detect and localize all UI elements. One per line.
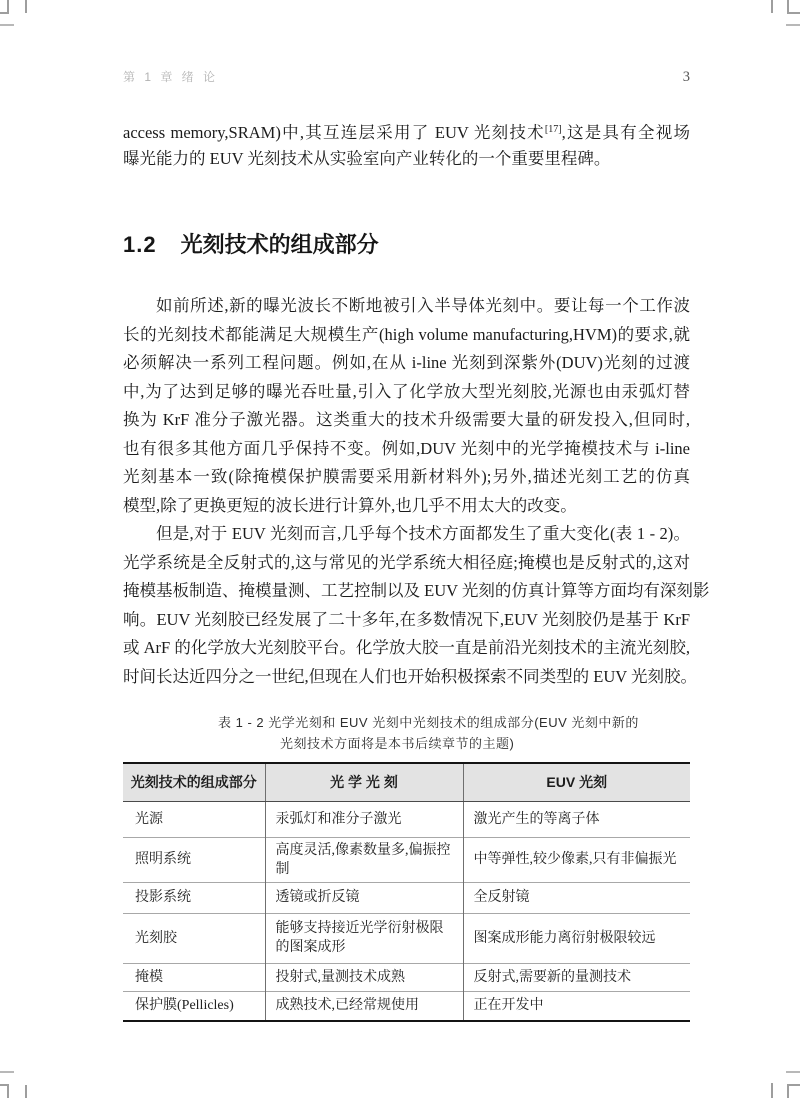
text-line: 光刻基本一致(除掩模保护膜需要采用新材料外);另外,描述光刻工艺的仿真 bbox=[123, 463, 690, 492]
table-cell: 激光产生的等离子体 bbox=[463, 801, 690, 837]
crop-mark bbox=[0, 1071, 14, 1073]
table-cell: 保护膜(Pellicles) bbox=[123, 991, 265, 1021]
table-cell: 能够支持接近光学衍射极限的图案成形 bbox=[265, 913, 463, 963]
table-cell: 光源 bbox=[123, 801, 265, 837]
table-row: 投影系统 透镜或折反镜 全反射镜 bbox=[123, 882, 690, 913]
table-header-cell: EUV 光刻 bbox=[463, 763, 690, 801]
crop-mark bbox=[787, 12, 800, 14]
components-table: 光刻技术的组成部分 光 学 光 刻 EUV 光刻 光源 汞弧灯和准分子激光 激光… bbox=[123, 762, 690, 1022]
running-head: 第 1 章 绪 论 3 bbox=[123, 68, 690, 86]
text-run: ,这是具有全视场 bbox=[562, 123, 690, 142]
text-line: 掩模基板制造、掩模量测、工艺控制以及 EUV 光刻的仿真计算等方面均有深刻影 bbox=[123, 577, 690, 606]
table-caption-line2: 光刻技术方面将是本书后续章节的主题) bbox=[280, 733, 514, 752]
table-cell: 中等弹性,较少像素,只有非偏振光 bbox=[463, 837, 690, 882]
table-row: 光源 汞弧灯和准分子激光 激光产生的等离子体 bbox=[123, 801, 690, 837]
crop-mark bbox=[0, 12, 9, 14]
table-cell: 成熟技术,已经常规使用 bbox=[265, 991, 463, 1021]
book-page: 第 1 章 绪 论 3 access memory,SRAM)中,其互连层采用了… bbox=[0, 0, 800, 1098]
table-header-cell: 光刻技术的组成部分 bbox=[123, 763, 265, 801]
text-line: 光学系统是全反射式的,这与常见的光学系统大相径庭;掩模也是反射式的,这对 bbox=[123, 549, 690, 578]
text-line: 但是,对于 EUV 光刻而言,几乎每个技术方面都发生了重大变化(表 1 - 2)… bbox=[123, 520, 690, 549]
crop-mark bbox=[771, 0, 773, 13]
chapter-label: 第 1 章 绪 论 bbox=[123, 68, 218, 85]
crop-mark bbox=[7, 1085, 9, 1098]
text-line: 中,为了达到足够的曝光吞吐量,引入了化学放大型光刻胶,光源也由汞弧灯替 bbox=[123, 378, 690, 407]
table-row: 掩模 投射式,量测技术成熟 反射式,需要新的量测技术 bbox=[123, 963, 690, 991]
table-row: 保护膜(Pellicles) 成熟技术,已经常规使用 正在开发中 bbox=[123, 991, 690, 1021]
crop-mark bbox=[786, 24, 800, 26]
table-cell: 光刻胶 bbox=[123, 913, 265, 963]
text-line: 如前所述,新的曝光波长不断地被引入半导体光刻中。要让每一个工作波 bbox=[123, 292, 690, 321]
table-header-row: 光刻技术的组成部分 光 学 光 刻 EUV 光刻 bbox=[123, 763, 690, 801]
table-cell: 汞弧灯和准分子激光 bbox=[265, 801, 463, 837]
table-cell: 投影系统 bbox=[123, 882, 265, 913]
section-number: 1.2 bbox=[123, 232, 157, 257]
table-header-cell: 光 学 光 刻 bbox=[265, 763, 463, 801]
page-number: 3 bbox=[683, 69, 690, 86]
table-cell: 照明系统 bbox=[123, 837, 265, 882]
section-title: 光刻技术的组成部分 bbox=[181, 232, 379, 257]
table-row: 照明系统 高度灵活,像素数量多,偏振控制 中等弹性,较少像素,只有非偏振光 bbox=[123, 837, 690, 882]
table-cell: 透镜或折反镜 bbox=[265, 882, 463, 913]
section-heading: 1.2光刻技术的组成部分 bbox=[123, 228, 690, 259]
text-line: 模型,除了更换更短的波长进行计算外,也几乎不用太大的改变。 bbox=[123, 492, 690, 521]
text-line: access memory,SRAM)中,其互连层采用了 EUV 光刻技术[17… bbox=[123, 116, 690, 145]
text-line: 长的光刻技术都能满足大规模生产(high volume manufacturin… bbox=[123, 321, 690, 350]
paragraph: 如前所述,新的曝光波长不断地被引入半导体光刻中。要让每一个工作波 长的光刻技术都… bbox=[123, 292, 690, 691]
citation-ref: [17] bbox=[545, 124, 562, 135]
text-line: 时间长达近四分之一世纪,但现在人们也开始积极探索不同类型的 EUV 光刻胶。 bbox=[123, 663, 690, 692]
table-cell: 高度灵活,像素数量多,偏振控制 bbox=[265, 837, 463, 882]
paragraph: access memory,SRAM)中,其互连层采用了 EUV 光刻技术[17… bbox=[123, 116, 690, 173]
text-line: 或 ArF 的化学放大光刻胶平台。化学放大胶一直是前沿光刻技术的主流光刻胶, bbox=[123, 634, 690, 663]
crop-mark bbox=[786, 1071, 800, 1073]
crop-mark bbox=[25, 1085, 27, 1098]
crop-mark bbox=[787, 1085, 789, 1098]
crop-mark bbox=[25, 0, 27, 13]
text-line: 曝光能力的 EUV 光刻技术从实验室向产业转化的一个重要里程碑。 bbox=[123, 145, 690, 174]
text-run: access memory,SRAM)中,其互连层采用了 EUV 光刻技术 bbox=[123, 123, 545, 142]
table-cell: 反射式,需要新的量测技术 bbox=[463, 963, 690, 991]
table-row: 光刻胶 能够支持接近光学衍射极限的图案成形 图案成形能力离衍射极限较远 bbox=[123, 913, 690, 963]
table-cell: 图案成形能力离衍射极限较远 bbox=[463, 913, 690, 963]
table-cell: 全反射镜 bbox=[463, 882, 690, 913]
table-cell: 掩模 bbox=[123, 963, 265, 991]
table-cell: 正在开发中 bbox=[463, 991, 690, 1021]
text-line: 响。EUV 光刻胶已经发展了二十多年,在多数情况下,EUV 光刻胶仍是基于 Kr… bbox=[123, 606, 690, 635]
text-line: 换为 KrF 准分子激光器。这类重大的技术升级需要大量的研发投入,但同时, bbox=[123, 406, 690, 435]
text-line: 必须解决一系列工程问题。例如,在从 i-line 光刻到深紫外(DUV)光刻的过… bbox=[123, 349, 690, 378]
crop-mark bbox=[771, 1083, 773, 1098]
text-line: 也有很多其他方面几乎保持不变。例如,DUV 光刻中的光学掩模技术与 i-line bbox=[123, 435, 690, 464]
table-caption-line1: 表 1 - 2 光学光刻和 EUV 光刻中光刻技术的组成部分(EUV 光刻中新的 bbox=[218, 712, 639, 731]
crop-mark bbox=[0, 24, 14, 26]
table-cell: 投射式,量测技术成熟 bbox=[265, 963, 463, 991]
